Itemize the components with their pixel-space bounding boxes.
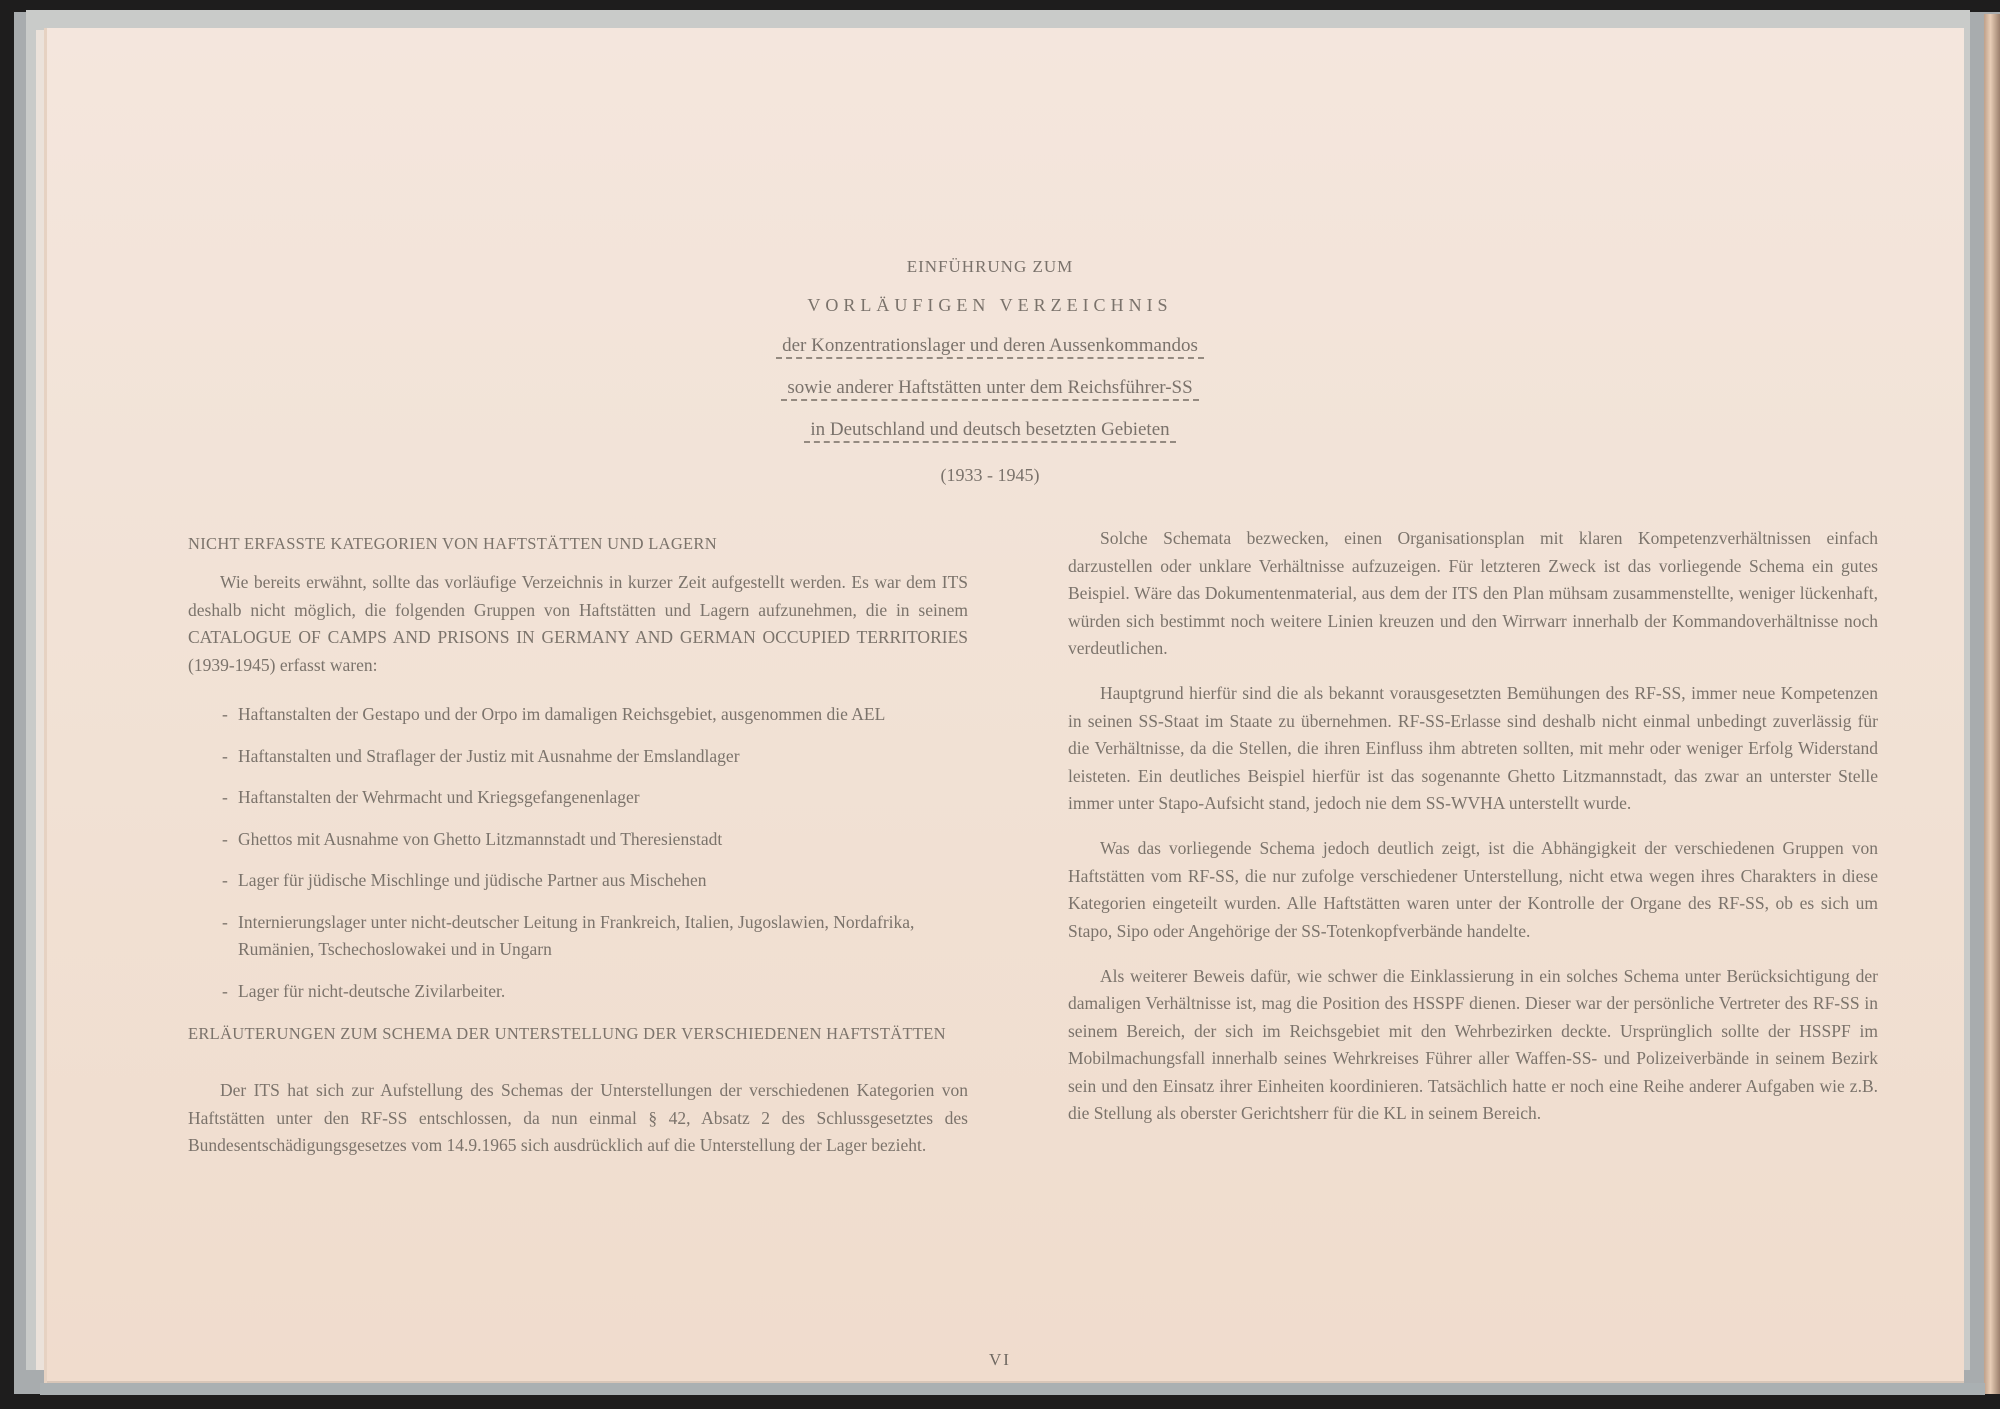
section-heading-schema-explanation: ERLÄUTERUNGEN ZUM SCHEMA DER UNTERSTELLU… [188,1021,968,1047]
paragraph: Als weiterer Beweis dafür, wie schwer di… [1068,963,1878,1128]
book-right-edge [1984,14,2000,1394]
subtitle-line-2: sowie anderer Haftstätten unter dem Reic… [600,377,1380,419]
list-item: Haftanstalten und Straflager der Justiz … [222,743,968,771]
schema-explanation-paragraph: Der ITS hat sich zur Aufstellung des Sch… [188,1077,968,1160]
section-intro-paragraph: Wie bereits erwähnt, sollte das vorläufi… [188,569,968,679]
list-item: Lager für jüdische Mischlinge und jüdisc… [222,867,968,895]
subtitle-line-3: in Deutschland und deutsch besetzten Geb… [600,419,1380,461]
paragraph: Was das vorliegende Schema jedoch deutli… [1068,835,1878,945]
list-item: Haftanstalten der Gestapo und der Orpo i… [222,701,968,729]
board-bottom-band [40,1383,1985,1395]
section-heading-excluded-categories: NICHT ERFASSTE KATEGORIEN VON HAFTSTÄTTE… [188,531,968,557]
title-line-1: EINFÜHRUNG ZUM [600,257,1380,287]
list-item: Ghettos mit Ausnahme von Ghetto Litzmann… [222,826,968,854]
list-item: Internierungslager unter nicht-deutscher… [222,909,968,964]
subtitle-line-1: der Konzentrationslager und deren Aussen… [600,335,1380,377]
excluded-categories-list: Haftanstalten der Gestapo und der Orpo i… [222,701,968,1005]
right-column: Solche Schemata bezwecken, einen Organis… [1068,525,1878,1145]
left-column: NICHT ERFASSTE KATEGORIEN VON HAFTSTÄTTE… [188,531,968,1177]
title-line-2: VORLÄUFIGEN VERZEICHNIS [600,295,1380,335]
paragraph: Hauptgrund hierfür sind die als bekannt … [1068,680,1878,818]
paragraph: Solche Schemata bezwecken, einen Organis… [1068,525,1878,663]
list-item: Lager für nicht-deutsche Zivilarbeiter. [222,978,968,1006]
title-block: EINFÜHRUNG ZUM VORLÄUFIGEN VERZEICHNIS d… [600,250,1380,486]
date-range: (1933 - 1945) [600,465,1380,486]
list-item: Haftanstalten der Wehrmacht und Kriegsge… [222,784,968,812]
page-number: VI [970,1350,1030,1370]
